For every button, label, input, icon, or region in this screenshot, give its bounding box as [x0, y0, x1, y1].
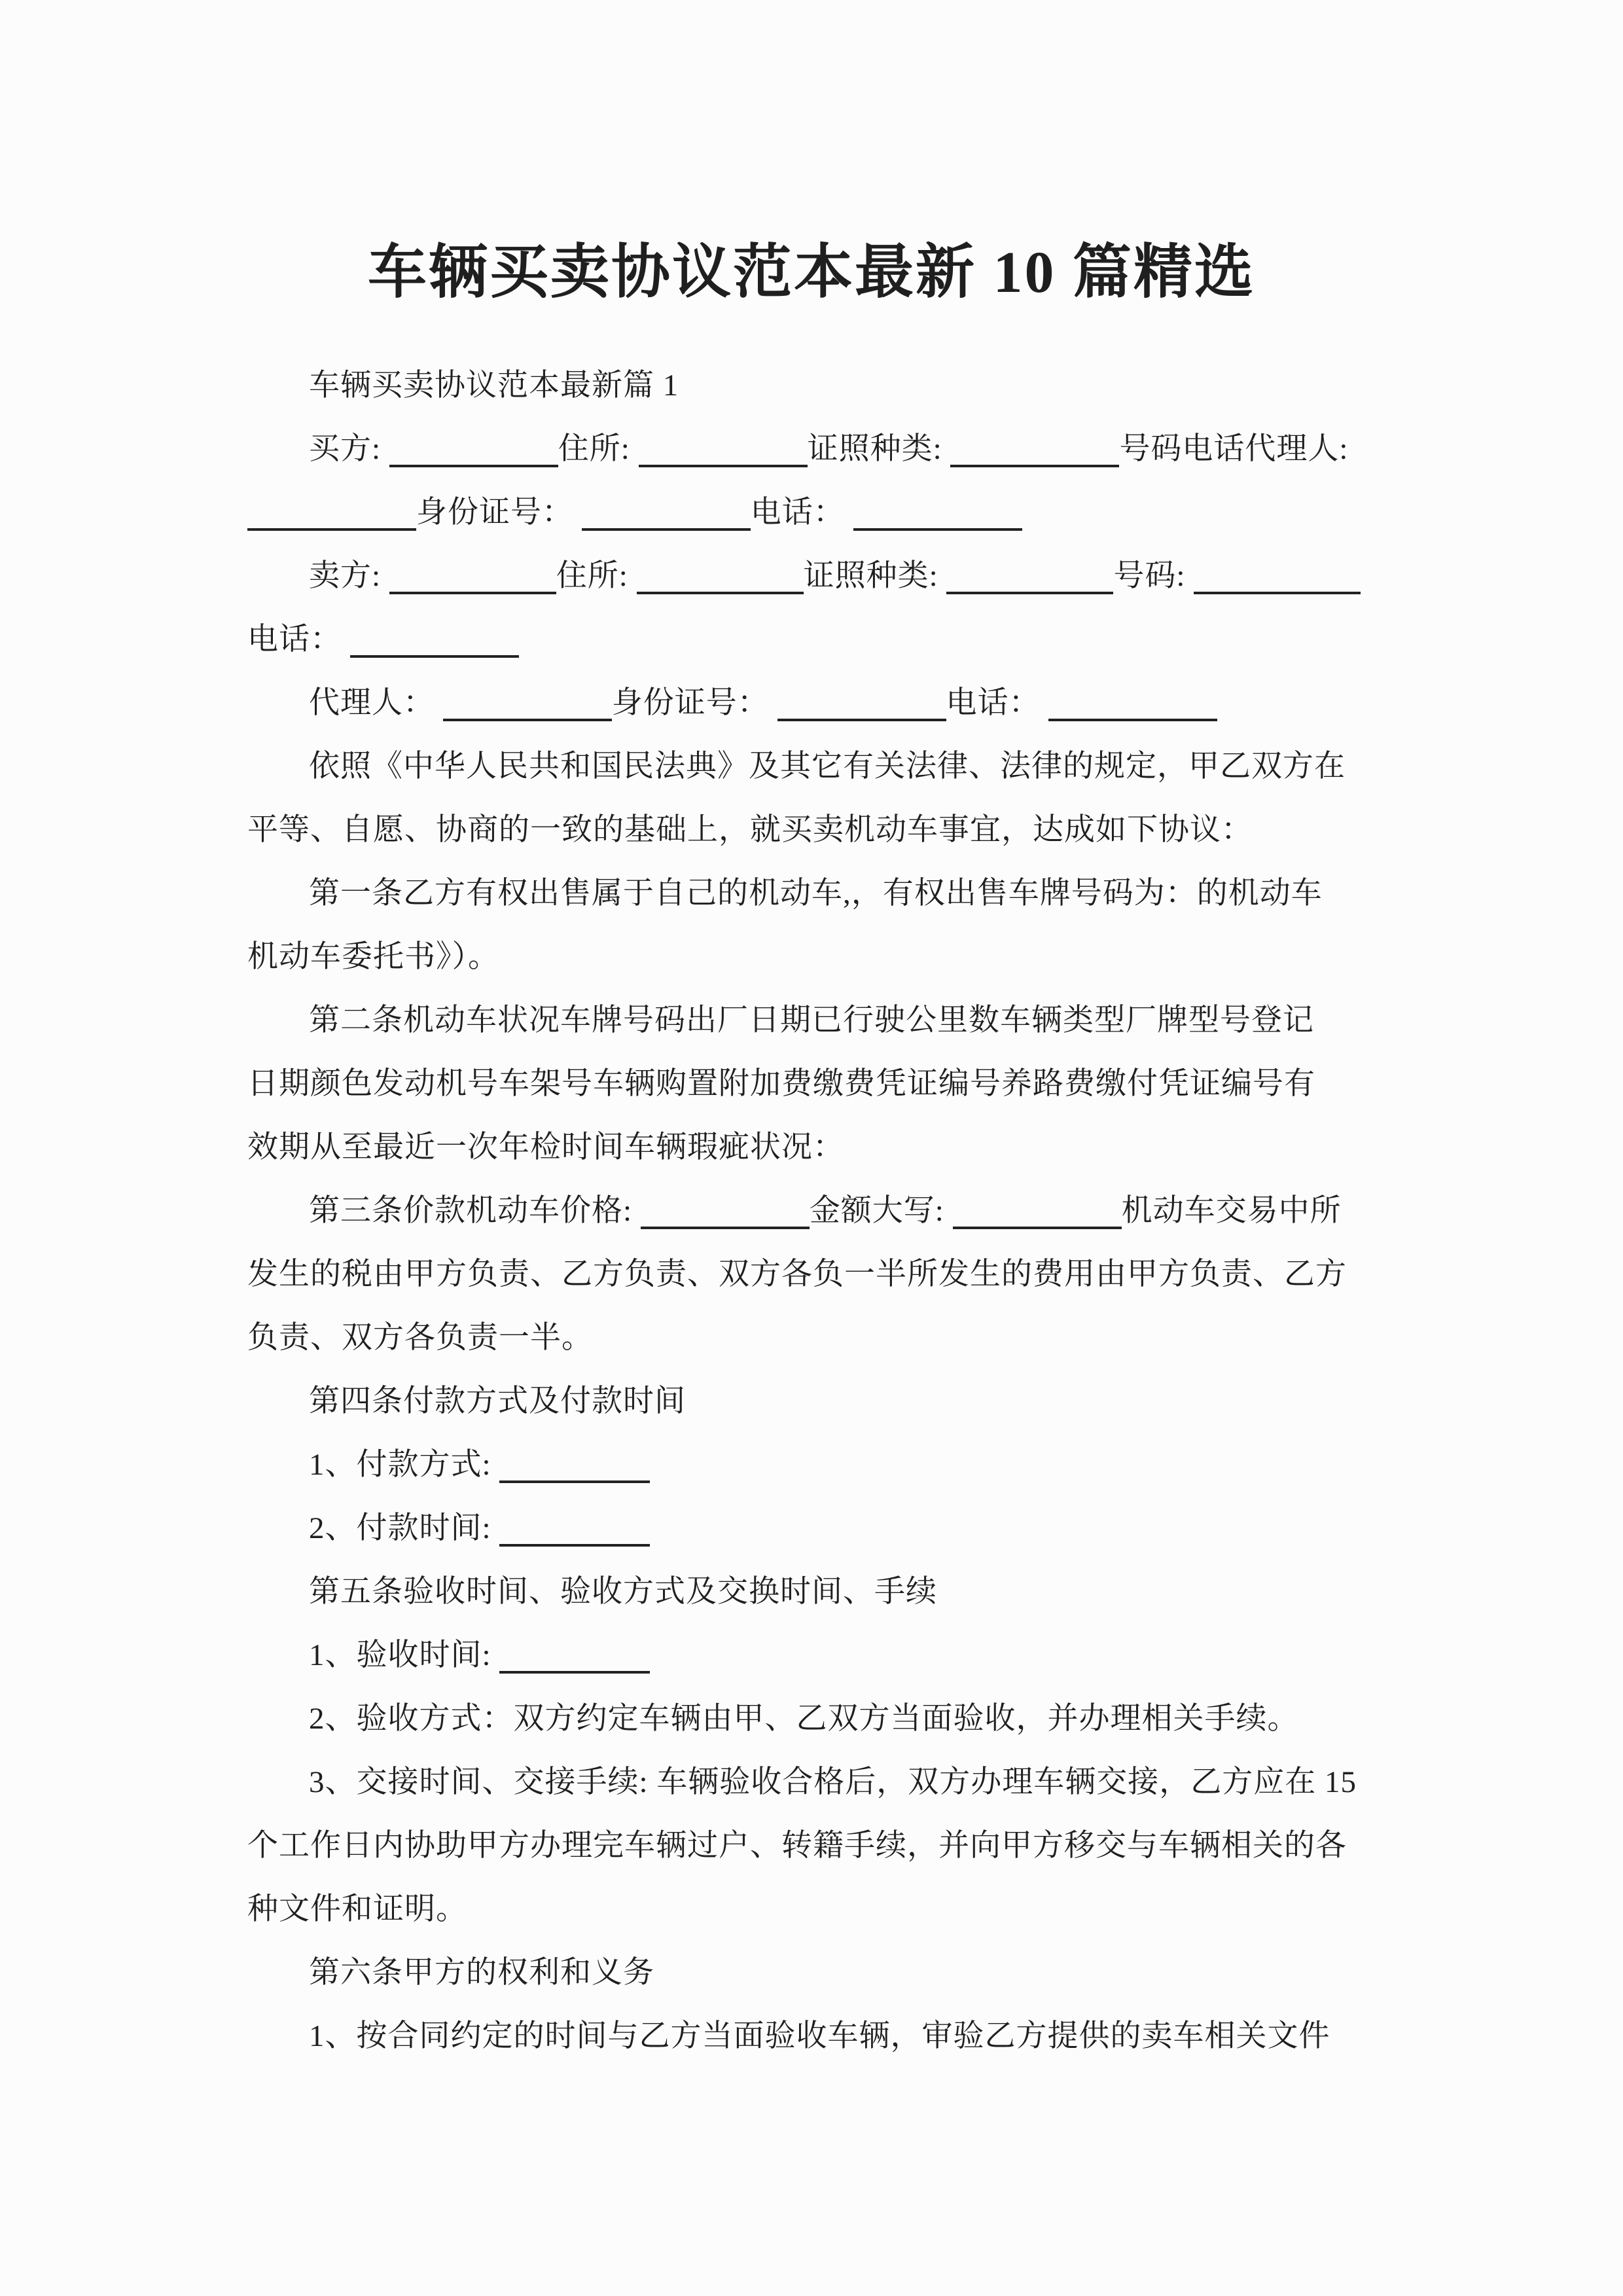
text-run: 机动车交易中所: [1122, 1194, 1342, 1228]
document-line: 种文件和证明。: [247, 1878, 1419, 1941]
text-run: 种文件和证明。: [247, 1892, 467, 1926]
fill-in-blank: [777, 692, 946, 721]
document-line: 卖方: 住所: 证照种类: 号码:: [247, 545, 1419, 608]
text-run: 2、验收方式：双方约定车辆由甲、乙双方当面验收，并办理相关手续。: [309, 1702, 1299, 1736]
text-run: 第二条机动车状况车牌号码出厂日期已行驶公里数车辆类型厂牌型号登记: [309, 1003, 1314, 1037]
document-line: 平等、自愿、协商的一致的基础上，就买卖机动车事宜，达成如下协议：: [247, 798, 1419, 862]
document-line: 第五条验收时间、验收方式及交换时间、手续: [247, 1560, 1419, 1624]
document-line: 身份证号： 电话：: [247, 481, 1419, 545]
document-line: 1、验收时间:: [247, 1624, 1419, 1687]
fill-in-blank: [641, 1200, 810, 1229]
document-line: 电话：: [247, 608, 1419, 672]
document-line: 日期颜色发动机号车架号车辆购置附加费缴费凭证编号养路费缴付凭证编号有: [247, 1052, 1419, 1116]
document-line: 车辆买卖协议范本最新篇 1: [247, 354, 1419, 418]
document-line: 机动车委托书》）。: [247, 925, 1419, 989]
document-line: 代理人： 身份证号： 电话：: [247, 672, 1419, 735]
text-run: 电话：: [751, 495, 853, 529]
text-run: 个工作日内协助甲方办理完车辆过户、转籍手续，并向甲方移交与车辆相关的各: [247, 1829, 1347, 1863]
text-run: 住所:: [558, 432, 639, 466]
text-run: 卖方:: [309, 559, 389, 593]
document-line: 2、付款时间:: [247, 1497, 1419, 1560]
document-page: 车辆买卖协议范本最新 10 篇精选 车辆买卖协议范本最新篇 1买方: 住所: 证…: [0, 0, 1623, 2296]
text-run: 第五条验收时间、验收方式及交换时间、手续: [309, 1575, 937, 1609]
text-run: 1、按合同约定的时间与乙方当面验收车辆，审验乙方提供的卖车相关文件: [309, 2019, 1330, 2053]
text-run: 1、付款方式:: [309, 1448, 499, 1482]
text-run: 3、交接时间、交接手续: 车辆验收合格后，双方办理车辆交接，乙方应在 15: [309, 1765, 1357, 1799]
fill-in-blank: [389, 565, 556, 594]
text-run: 住所:: [556, 559, 637, 593]
text-run: 号码电话代理人:: [1119, 432, 1348, 466]
text-run: 证照种类:: [804, 559, 947, 593]
text-run: 车辆买卖协议范本最新篇 1: [309, 368, 679, 403]
fill-in-blank: [953, 1200, 1122, 1229]
text-run: 身份证号：: [612, 686, 777, 720]
fill-in-blank: [1048, 692, 1217, 721]
text-run: 机动车委托书》）。: [247, 940, 499, 974]
document-line: 3、交接时间、交接手续: 车辆验收合格后，双方办理车辆交接，乙方应在 15: [247, 1751, 1419, 1814]
text-run: 负责、双方各负责一半。: [247, 1321, 593, 1355]
document-title: 车辆买卖协议范本最新 10 篇精选: [0, 237, 1623, 309]
text-run: 证照种类:: [808, 432, 951, 466]
text-run: 平等、自愿、协商的一致的基础上，就买卖机动车事宜，达成如下协议：: [247, 813, 1253, 847]
document-line: 个工作日内协助甲方办理完车辆过户、转籍手续，并向甲方移交与车辆相关的各: [247, 1814, 1419, 1878]
fill-in-blank: [499, 1454, 650, 1483]
text-run: 第一条乙方有权出售属于自己的机动车,，有权出售车牌号码为：的机动车: [309, 876, 1323, 910]
fill-in-blank: [950, 439, 1119, 467]
fill-in-blank: [499, 1518, 650, 1547]
document-line: 1、按合同约定的时间与乙方当面验收车辆，审验乙方提供的卖车相关文件: [247, 2005, 1419, 2068]
text-run: 身份证号：: [416, 495, 582, 529]
text-run: 日期颜色发动机号车架号车辆购置附加费缴费凭证编号养路费缴付凭证编号有: [247, 1067, 1315, 1101]
text-run: 买方:: [309, 432, 389, 466]
document-line: 买方: 住所: 证照种类: 号码电话代理人:: [247, 418, 1419, 481]
text-run: 号码:: [1113, 559, 1194, 593]
document-line: 第一条乙方有权出售属于自己的机动车,，有权出售车牌号码为：的机动车: [247, 862, 1419, 925]
document-line: 发生的税由甲方负责、乙方负责、双方各负一半所发生的费用由甲方负责、乙方: [247, 1243, 1419, 1306]
text-run: 第四条付款方式及付款时间: [309, 1384, 686, 1418]
text-run: 效期从至最近一次年检时间车辆瑕疵状况：: [247, 1130, 844, 1164]
text-run: 电话：: [946, 686, 1049, 720]
document-line: 1、付款方式:: [247, 1433, 1419, 1497]
fill-in-blank: [946, 565, 1113, 594]
document-line: 第六条甲方的权利和义务: [247, 1941, 1419, 2005]
fill-in-blank: [639, 439, 808, 467]
document-line: 依照《中华人民共和国民法典》及其它有关法律、法律的规定，甲乙双方在: [247, 735, 1419, 798]
text-run: 电话：: [247, 622, 350, 656]
fill-in-blank: [443, 692, 612, 721]
fill-in-blank: [637, 565, 804, 594]
text-run: 2、付款时间:: [309, 1511, 499, 1545]
text-run: 第六条甲方的权利和义务: [309, 1956, 654, 1990]
text-run: 代理人：: [309, 686, 443, 720]
text-run: 第三条价款机动车价格:: [309, 1194, 641, 1228]
fill-in-blank: [1194, 565, 1361, 594]
fill-in-blank: [389, 439, 558, 467]
text-run: 1、验收时间:: [309, 1638, 499, 1672]
text-run: 发生的税由甲方负责、乙方负责、双方各负一半所发生的费用由甲方负责、乙方: [247, 1257, 1347, 1291]
fill-in-blank: [247, 502, 416, 531]
text-run: 依照《中华人民共和国民法典》及其它有关法律、法律的规定，甲乙双方在: [309, 749, 1346, 783]
document-line: 负责、双方各负责一半。: [247, 1306, 1419, 1370]
fill-in-blank: [853, 502, 1022, 531]
text-run: 金额大写:: [810, 1194, 953, 1228]
document-body: 车辆买卖协议范本最新篇 1买方: 住所: 证照种类: 号码电话代理人:身份证号：…: [247, 354, 1419, 2068]
document-line: 第四条付款方式及付款时间: [247, 1370, 1419, 1433]
fill-in-blank: [582, 502, 751, 531]
document-line: 第二条机动车状况车牌号码出厂日期已行驶公里数车辆类型厂牌型号登记: [247, 989, 1419, 1052]
document-line: 效期从至最近一次年检时间车辆瑕疵状况：: [247, 1116, 1419, 1179]
document-line: 2、验收方式：双方约定车辆由甲、乙双方当面验收，并办理相关手续。: [247, 1687, 1419, 1751]
fill-in-blank: [350, 629, 519, 658]
fill-in-blank: [499, 1645, 650, 1674]
document-line: 第三条价款机动车价格: 金额大写: 机动车交易中所: [247, 1179, 1419, 1243]
